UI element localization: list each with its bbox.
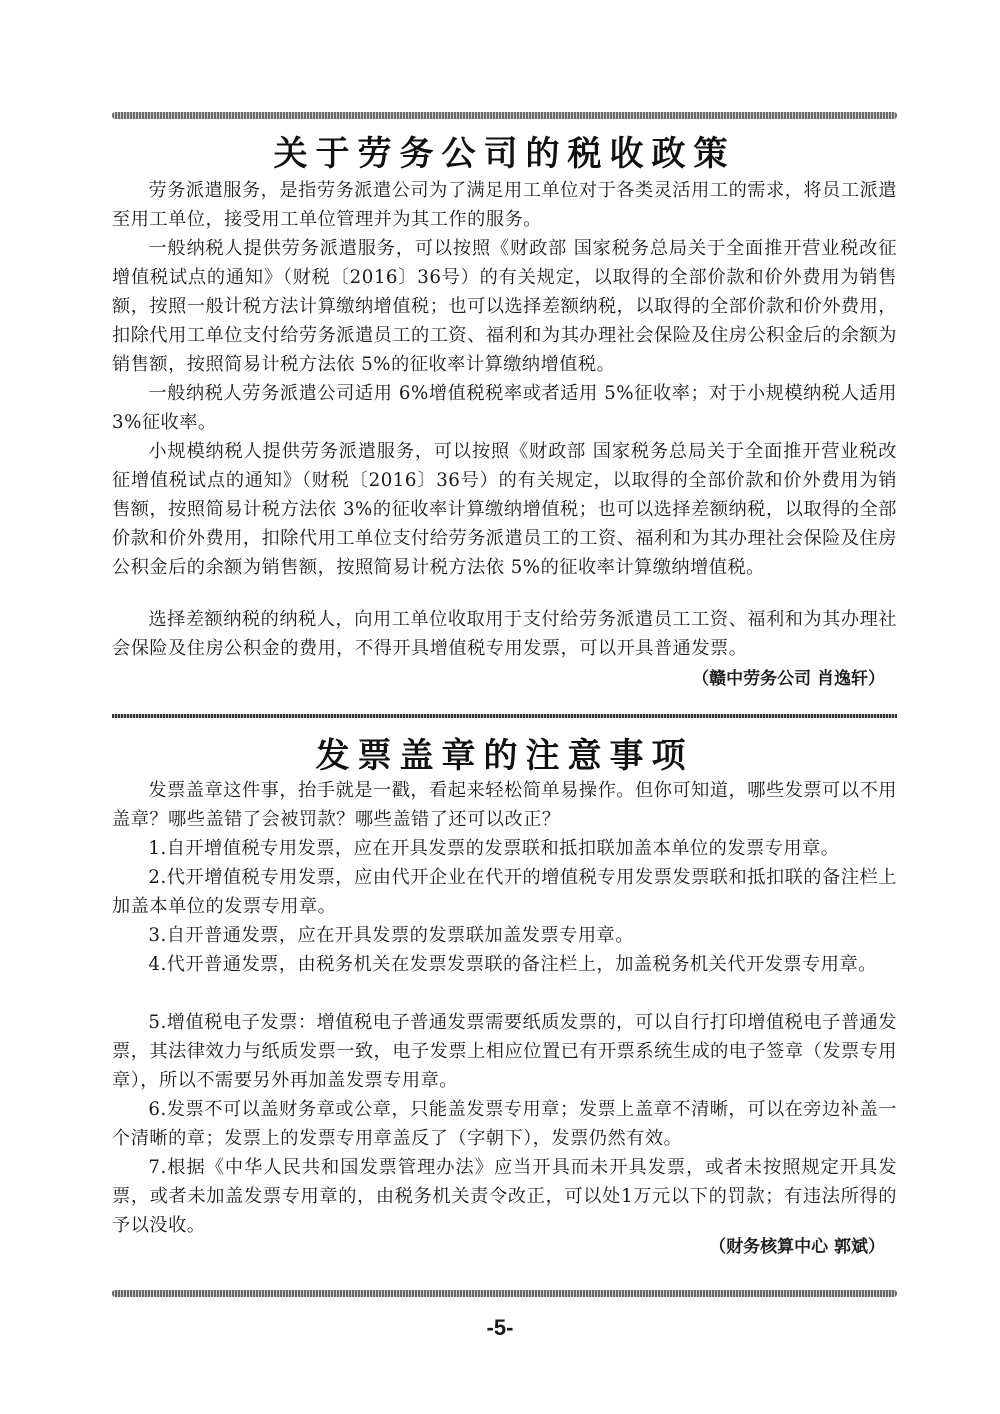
bottom-divider [112, 1290, 897, 1297]
article2-list-item: 3.自开普通发票，应在开具发票的发票联加盖发票专用章。 [112, 921, 897, 950]
article2-list-item: 7.根据《中华人民共和国发票管理办法》应当开具而未开具发票，或者未按照规定开具发… [112, 1153, 897, 1240]
article1-paragraph: 小规模纳税人提供劳务派遣服务，可以按照《财政部 国家税务总局关于全面推开营业税改… [112, 437, 897, 582]
article1-paragraph: 选择差额纳税的纳税人，向用工单位收取用于支付给劳务派遣员工工资、福利和为其办理社… [112, 605, 897, 663]
page-number: -5- [0, 1315, 1000, 1341]
article2-list-item: 5.增值税电子发票：增值税电子普通发票需要纸质发票的，可以自行打印增值税电子普通… [112, 1008, 897, 1095]
top-divider [112, 112, 897, 119]
article2-list-item: 2.代开增值税专用发票，应由代开企业在代开的增值税专用发票发票联和抵扣联的备注栏… [112, 863, 897, 921]
section-divider [112, 714, 897, 718]
article1-paragraph: 劳务派遣服务，是指劳务派遣公司为了满足用工单位对于各类灵活用工的需求，将员工派遣… [112, 176, 897, 234]
article2-signature: （财务核算中心 郭斌） [709, 1232, 885, 1257]
article2-paragraph: 发票盖章这件事，抬手就是一戳，看起来轻松简单易操作。但你可知道，哪些发票可以不用… [112, 776, 897, 834]
article2-list-item: 4.代开普通发票，由税务机关在发票发票联的备注栏上，加盖税务机关代开发票专用章。 [112, 950, 897, 979]
article1-signature: （赣中劳务公司 肖逸轩） [692, 664, 885, 689]
article2-list-item: 6.发票不可以盖财务章或公章，只能盖发票专用章；发票上盖章不清晰，可以在旁边补盖… [112, 1095, 897, 1153]
document-page: 关于劳务公司的税收政策 劳务派遣服务，是指劳务派遣公司为了满足用工单位对于各类灵… [0, 0, 1000, 1414]
article2-title: 发票盖章的注意事项 [112, 728, 897, 777]
article1-paragraph: 一般纳税人提供劳务派遣服务，可以按照《财政部 国家税务总局关于全面推开营业税改征… [112, 234, 897, 379]
article1-paragraph: 一般纳税人劳务派遣公司适用 6%增值税税率或者适用 5%征收率；对于小规模纳税人… [112, 379, 897, 437]
article1-title: 关于劳务公司的税收政策 [112, 126, 897, 175]
article2-list-item: 1.自开增值税专用发票，应在开具发票的发票联和抵扣联加盖本单位的发票专用章。 [112, 834, 897, 863]
